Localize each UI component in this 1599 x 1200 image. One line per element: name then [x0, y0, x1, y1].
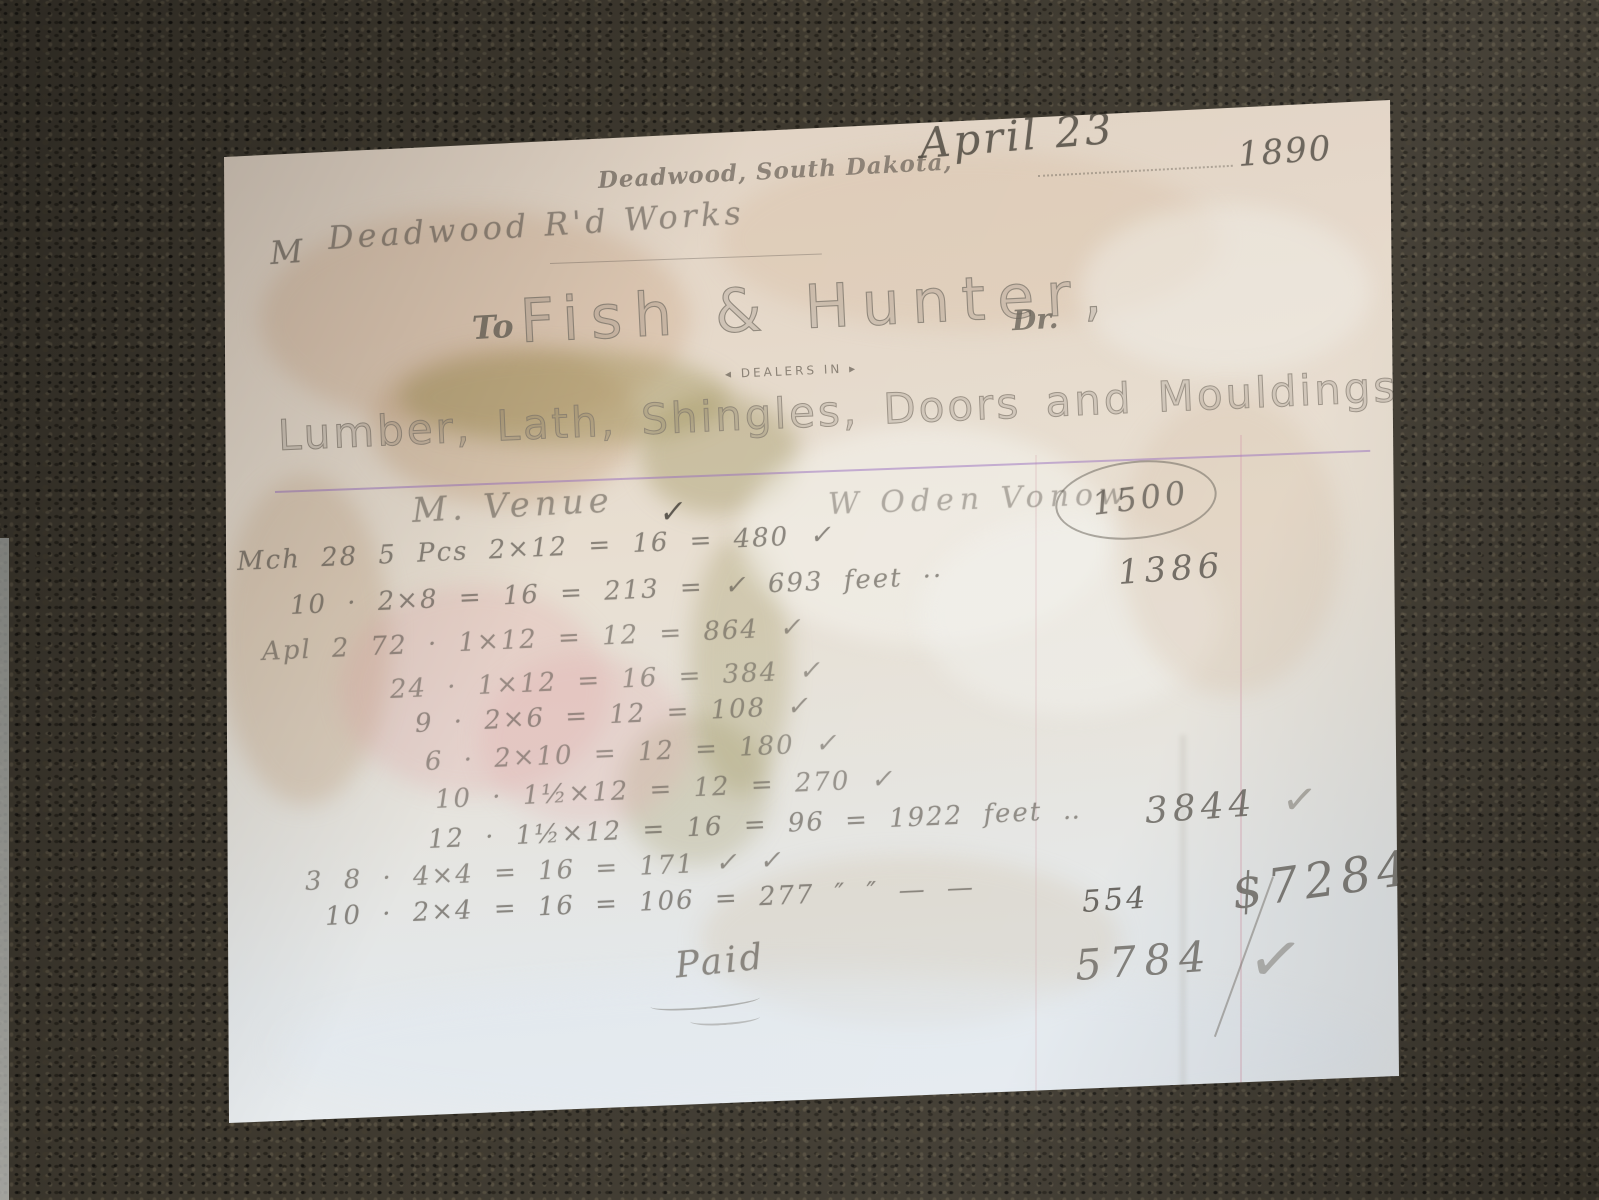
note-checkmark: ✓ — [657, 494, 685, 531]
column-rule — [1240, 435, 1242, 1090]
to-label: To — [471, 307, 514, 347]
dr-label: Dr. — [1011, 302, 1059, 337]
big-checkmark: ✓ — [1280, 773, 1320, 825]
ledger-amount: 1386 — [1117, 546, 1226, 593]
billhead-document: Deadwood, South Dakota, April 23 1890 M … — [220, 95, 1406, 1133]
stain-blob — [1120, 395, 1340, 695]
column-rule — [1035, 455, 1037, 1100]
total-amount: $7284 — [1228, 840, 1417, 921]
dealers-in-tagline: ◂ DEALERS IN ▸ — [725, 361, 859, 381]
handwritten-year: 1890 — [1237, 128, 1334, 174]
handwritten-date: April 23 — [918, 104, 1116, 168]
stain-blob — [280, 975, 1380, 1125]
final-amount: 5784 — [1073, 931, 1215, 990]
photo-edge-strip — [0, 538, 9, 1200]
big-checkmark: ✓ — [1243, 918, 1308, 1002]
ledger-amount: 3844 — [1144, 783, 1258, 832]
stain-blob — [1080, 205, 1370, 375]
carpet-background: Deadwood, South Dakota, April 23 1890 M … — [0, 0, 1599, 1200]
addressee-prefix: M — [269, 232, 304, 272]
ledger-amount: 554 — [1081, 880, 1150, 920]
